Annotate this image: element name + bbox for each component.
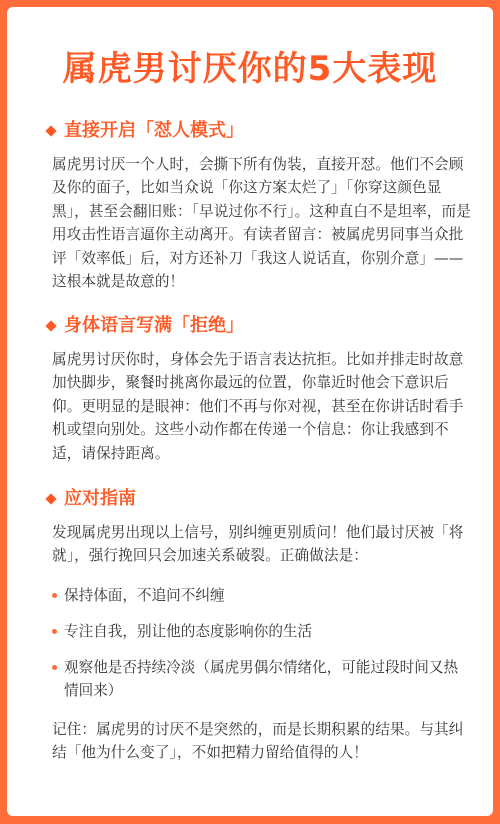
section-heading-1: 直接开启「怼人模式」 <box>45 119 244 143</box>
list-item: 观察他是否持续冷淡（属虎男偶尔情绪化，可能过段时间又热情回来） <box>52 656 472 703</box>
section-heading-3: 应对指南 <box>45 487 136 511</box>
bullet-dot-icon <box>52 593 57 598</box>
section-heading-2: 身体语言写满「拒绝」 <box>45 314 244 338</box>
page-title: 属虎男讨厌你的5大表现 <box>7 49 493 89</box>
list-item: 专注自我，别让他的态度影响你的生活 <box>52 620 472 643</box>
list-item: 保持体面，不追问不纠缠 <box>52 584 472 607</box>
section-paragraph-3: 发现属虎男出现以上信号，别纠缠更别质问！他们最讨厌被「将就」，强行挽回只会加速关… <box>52 521 472 568</box>
diamond-bullet-icon <box>45 125 56 136</box>
bullet-dot-icon <box>52 665 57 670</box>
bullet-dot-icon <box>52 629 57 634</box>
closing-paragraph: 记住：属虎男的讨厌不是突然的，而是长期积累的结果。与其纠结「他为什么变了」，不如… <box>52 718 472 765</box>
section-heading-text: 身体语言写满「拒绝」 <box>64 314 244 338</box>
section-heading-text: 应对指南 <box>64 487 136 511</box>
diamond-bullet-icon <box>45 320 56 331</box>
diamond-bullet-icon <box>45 493 56 504</box>
section-paragraph-2: 属虎男讨厌你时，身体会先于语言表达抗拒。比如并排走时故意加快脚步，聚餐时挑离你最… <box>52 348 472 465</box>
section-heading-text: 直接开启「怼人模式」 <box>64 119 244 143</box>
section-paragraph-1: 属虎男讨厌一个人时，会撕下所有伪装，直接开怼。他们不会顾及你的面子，比如当众说「… <box>52 153 472 293</box>
article-card: 属虎男讨厌你的5大表现 直接开启「怼人模式」 属虎男讨厌一个人时，会撕下所有伪装… <box>7 7 493 816</box>
